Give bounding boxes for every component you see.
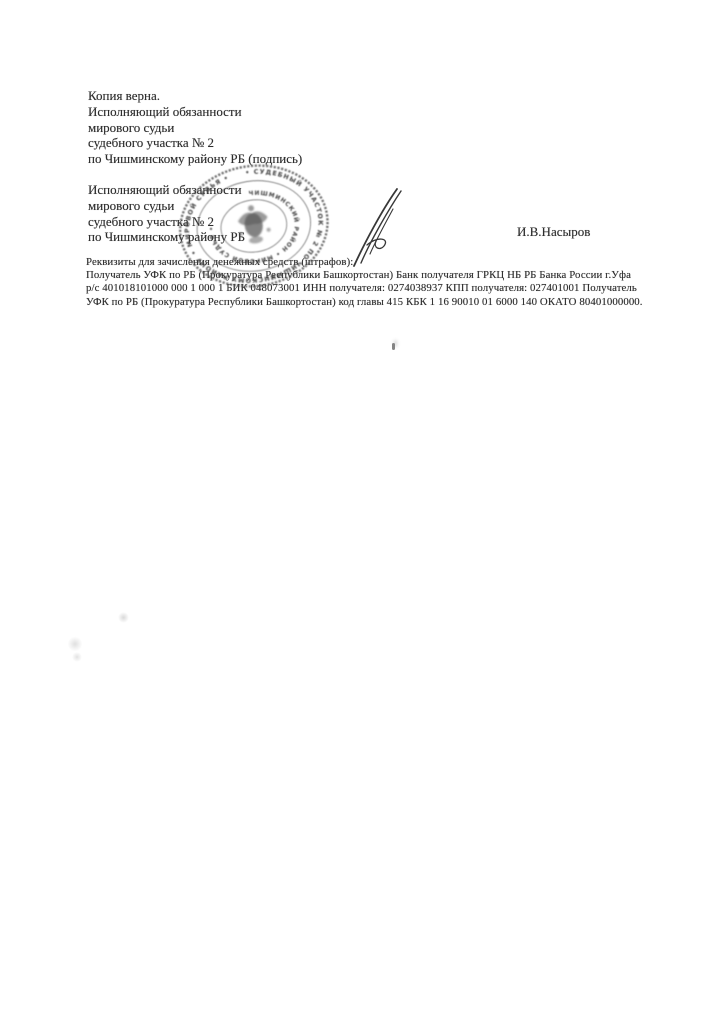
signer-name: И.В.Насыров [517,224,590,240]
certification-line: мирового судьи [88,120,302,136]
scan-speck [392,343,395,350]
requisites-line: р/с 401018101000 000 1 000 1 БИК 0480730… [86,282,643,295]
scan-speck [118,612,129,623]
scan-speck [68,636,82,652]
court-seal-stamp-icon: • СУДЕБНЫЙ УЧАСТОК № 2 ПО ЧИШМИНСКОМУ РА… [167,151,341,304]
stamp-emblem-icon [235,203,273,246]
handwritten-signature [340,178,425,273]
requisites-line: УФК по РБ (Прокуратура Республики Башкор… [86,296,643,309]
certification-line: Исполняющий обязанности [88,104,302,120]
document-page: Копия верна. Исполняющий обязанности мир… [0,0,718,1013]
certification-line: Копия верна. [88,88,302,104]
scan-speck [72,652,82,662]
certification-line: судебного участка № 2 [88,135,302,151]
certification-block: Копия верна. Исполняющий обязанности мир… [88,88,302,167]
